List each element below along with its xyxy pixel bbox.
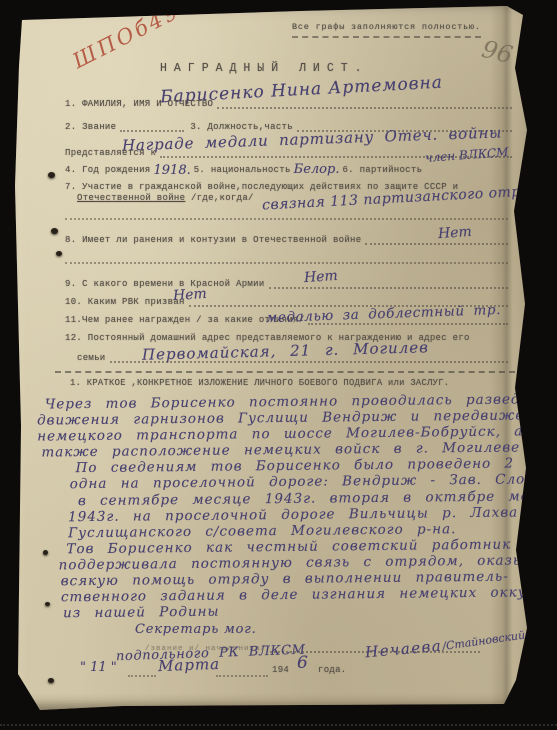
punch-hole xyxy=(51,228,58,234)
field-party-label: 6. партийность xyxy=(342,165,422,175)
feat-section-heading: 1. КРАТКОЕ ,КОНКРЕТНОЕ ИЗЛОЖЕНИЕ ЛИЧНОГО… xyxy=(70,378,449,388)
field-redarmy-value: Нет xyxy=(303,268,338,286)
field-award-label: Представляется к xyxy=(65,148,156,158)
feat-description: Через тов Борисенко постоянно проводилас… xyxy=(37,391,525,621)
punch-hole xyxy=(48,678,54,683)
scanner-edge-line xyxy=(0,724,557,728)
field-address-label2: семьи xyxy=(77,353,106,363)
signature-name: Нечаева xyxy=(364,637,443,662)
field-birthyear-value: 1918. xyxy=(154,163,191,178)
fill-note-stamp: Все графы заполняются полностью. xyxy=(292,22,481,38)
date-day: " 11 " xyxy=(80,660,117,675)
dot-leader xyxy=(128,673,156,677)
dot-leader xyxy=(65,216,508,220)
field-redarmy-label: 9. С какого времени в Красной Армии xyxy=(65,279,265,289)
field-birthyear-label: 4. Год рождения xyxy=(65,165,151,175)
date-year-typed: 194 xyxy=(272,665,289,675)
field-wounds-label: 8. Имеет ли ранения и контузии в Отечест… xyxy=(65,235,361,245)
punch-hole xyxy=(56,251,62,256)
scanned-document: ШПОб49 96 Все графы заполняются полность… xyxy=(0,0,557,730)
dot-leader xyxy=(217,98,512,109)
document-title: НАГРАДНЫЙ ЛИСТ. xyxy=(160,62,369,75)
field-name-label: 1. ФАМИЛИЯ, ИМЯ И ОТЧЕСТВО xyxy=(65,99,213,109)
field-rvk-value: Нет xyxy=(172,286,207,304)
dot-leader xyxy=(216,673,268,677)
field-rank-label: 2. Звание xyxy=(65,122,116,132)
field-rvk-label: 10. Каким РВК призван xyxy=(65,297,185,307)
paper-sheet: ШПОб49 96 Все графы заполняются полность… xyxy=(10,6,540,710)
dot-leader xyxy=(120,121,184,132)
field-war-participation-label3: /где,когда/ xyxy=(191,193,254,203)
date-suffix: года. xyxy=(318,665,347,675)
date-year-hand: 6 xyxy=(297,653,308,673)
field-nationality-value: Белор. xyxy=(294,162,340,177)
field-wounds-value: Нет xyxy=(437,224,472,242)
field-war-participation-label2: Отечественной войне xyxy=(77,193,185,203)
feat-line: из нашей Родины xyxy=(63,601,525,622)
field-nationality-label: 5. национальность xyxy=(194,165,291,175)
punch-hole xyxy=(48,172,55,178)
date-month: Марта xyxy=(158,655,221,675)
dot-leader xyxy=(65,260,508,264)
dot-leader xyxy=(365,234,508,245)
section-separator xyxy=(55,369,515,373)
secretary-line: Секретарь мог. xyxy=(135,622,257,637)
